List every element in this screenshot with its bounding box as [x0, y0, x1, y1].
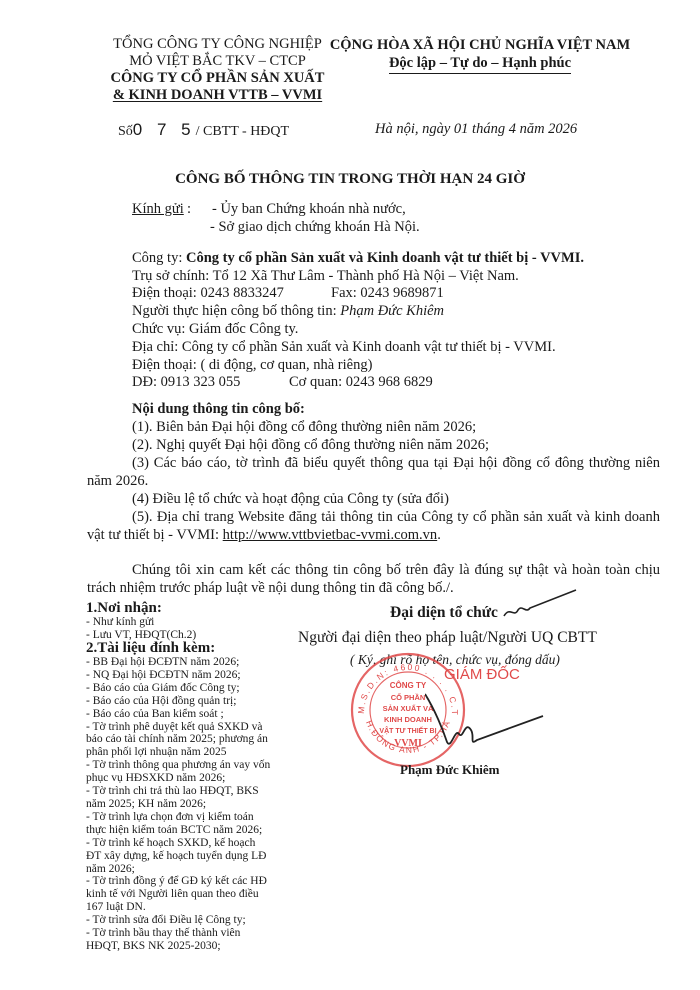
doc-number-value: 0 7 5	[133, 120, 196, 139]
recipient-2: - Sở giao dịch chứng khoán Hà Nội.	[210, 219, 420, 236]
attachment-line: - Tờ trình thông qua phương án vay vốn	[86, 759, 270, 772]
signature-heading: Đại diện tổ chức	[390, 604, 498, 622]
attachment-line: ĐT xây dựng, kế hoạch tuyển dụng LĐ	[86, 850, 270, 863]
signer-name: Phạm Đức Khiêm	[400, 762, 500, 778]
head-office: Trụ sở chính: Tổ 12 Xã Thư Lâm - Thành p…	[132, 268, 519, 285]
attachment-line: - Tờ trình đồng ý để GĐ ký kết các HĐ	[86, 875, 270, 888]
content-item-3-cont: năm 2026.	[87, 473, 148, 490]
recipients-colon: :	[187, 201, 191, 218]
discloser-mobile: DĐ: 0913 323 055	[132, 374, 240, 391]
recipient-1: - Ủy ban Chứng khoán nhà nước,	[212, 201, 406, 218]
receivers-heading: 1.Nơi nhận:	[86, 600, 162, 617]
attachment-line: - Tờ trình phê duyệt kết quả SXKD và	[86, 721, 270, 734]
attachment-line: - Báo cáo của Giám đốc Công ty;	[86, 682, 270, 695]
attachment-line: năm 2025; KH năm 2026;	[86, 798, 270, 811]
receiver-item: - Như kính gửi	[86, 616, 154, 629]
discloser-name: Phạm Đức Khiêm	[340, 303, 444, 319]
svg-text:CÔNG TY: CÔNG TY	[390, 681, 427, 690]
attachment-line: - Tờ trình chi trả thù lao HĐQT, BKS	[86, 785, 270, 798]
attachment-line: - Tờ trình lựa chọn đơn vị kiểm toán	[86, 811, 270, 824]
discloser-office-phone: Cơ quan: 0243 968 6829	[289, 374, 433, 391]
content-item-2: (2). Nghị quyết Đại hội đồng cổ đông thư…	[132, 437, 489, 454]
attachment-line: - Báo cáo của Ban kiểm soát ;	[86, 708, 270, 721]
attachment-line: thực hiện kiểm toán BCTC năm 2026;	[86, 824, 270, 837]
doc-number-suffix: / CBTT - HĐQT	[196, 124, 289, 139]
attachment-line: phục vụ HĐSXKD năm 2026;	[86, 772, 270, 785]
national-header: CỘNG HÒA XÃ HỘI CHỦ NGHĨA VIỆT NAM Độc l…	[300, 36, 660, 74]
content-item-5: (5). Địa chỉ trang Website đăng tải thôn…	[132, 509, 660, 526]
attachment-line: phân phối lợi nhuận năm 2025	[86, 746, 270, 759]
content-item-5-cont: vật tư thiết bị - VVMI: http://www.vttbv…	[87, 527, 441, 544]
svg-text:VVMI: VVMI	[394, 738, 422, 749]
company-phone: Điện thoại: 0243 8833247	[132, 285, 284, 302]
attachment-line: - Tờ trình kế hoạch SXKD, kế hoạch	[86, 837, 270, 850]
content-item-1: (1). Biên bản Đại hội đồng cổ đông thườn…	[132, 419, 476, 436]
document-title: CÔNG BỐ THÔNG TIN TRONG THỜI HẠN 24 GIỜ	[0, 171, 700, 188]
discloser-phone-types: Điện thoại: ( di động, cơ quan, nhà riên…	[132, 357, 372, 374]
attachment-line: - Tờ trình bầu thay thế thành viên	[86, 927, 270, 940]
discloser: Người thực hiện công bố thông tin: Phạm …	[132, 303, 444, 320]
nation-title: CỘNG HÒA XÃ HỘI CHỦ NGHĨA VIỆT NAM	[300, 36, 660, 54]
attachment-line: năm 2026;	[86, 863, 270, 876]
content-heading: Nội dung thông tin công bố:	[132, 401, 305, 418]
discloser-position: Chức vụ: Giám đốc Công ty.	[132, 321, 298, 338]
initial-signature-icon	[500, 588, 580, 624]
attachment-line: HĐQT, BKS NK 2025-2030;	[86, 940, 270, 953]
document-date: Hà nội, ngày 01 tháng 4 năm 2026	[375, 121, 577, 138]
issuer-company-line2: & KINH DOANH VTTB – VVMI	[113, 87, 322, 103]
doc-number-prefix: Số	[118, 124, 133, 139]
attachment-line: - BB Đại hội ĐCĐTN năm 2026;	[86, 656, 270, 669]
national-motto: Độc lập – Tự do – Hạnh phúc	[389, 54, 571, 74]
company-name: Công ty cổ phần Sản xuất và Kinh doanh v…	[186, 250, 584, 266]
discloser-address: Địa chỉ: Công ty cổ phần Sản xuất và Kin…	[132, 339, 556, 356]
company-line: Công ty: Công ty cổ phần Sản xuất và Kin…	[132, 250, 584, 267]
recipients-label: Kính gửi	[132, 201, 184, 218]
attachment-line: - Báo cáo của Hội đồng quản trị;	[86, 695, 270, 708]
content-item-4: (4) Điều lệ tổ chức và hoạt động của Côn…	[132, 491, 449, 508]
document-number: Số0 7 5/ CBTT - HĐQT	[118, 120, 289, 140]
attachment-line: 167 luật DN.	[86, 901, 270, 914]
attachments-list: - BB Đại hội ĐCĐTN năm 2026; - NQ Đại hộ…	[86, 656, 270, 953]
website-link[interactable]: http://www.vttbvietbac-vvmi.com.vn	[223, 527, 438, 543]
attachment-line: - Tờ trình sửa đổi Điều lệ Công ty;	[86, 914, 270, 927]
signature-role: Người đại diện theo pháp luật/Người UQ C…	[298, 629, 597, 647]
attachments-heading: 2.Tài liệu đính kèm:	[86, 640, 215, 657]
content-item-3: (3) Các báo cáo, tờ trình đã biểu quyết …	[132, 455, 660, 472]
signer-title: GIÁM ĐỐC	[444, 666, 520, 683]
attachment-line: kinh tế với Người liên quan theo điều	[86, 888, 270, 901]
attachment-line: báo cáo tài chính năm 2025; phương án	[86, 733, 270, 746]
commitment-line-1: Chúng tôi xin cam kết các thông tin công…	[132, 562, 660, 579]
signature-icon	[425, 690, 545, 760]
company-fax: Fax: 0243 9689871	[331, 285, 444, 302]
svg-text:CỔ PHẦN: CỔ PHẦN	[391, 692, 426, 702]
attachment-line: - NQ Đại hội ĐCĐTN năm 2026;	[86, 669, 270, 682]
commitment-line-2: trách nhiệm trước pháp luật về nội dung …	[87, 580, 454, 597]
